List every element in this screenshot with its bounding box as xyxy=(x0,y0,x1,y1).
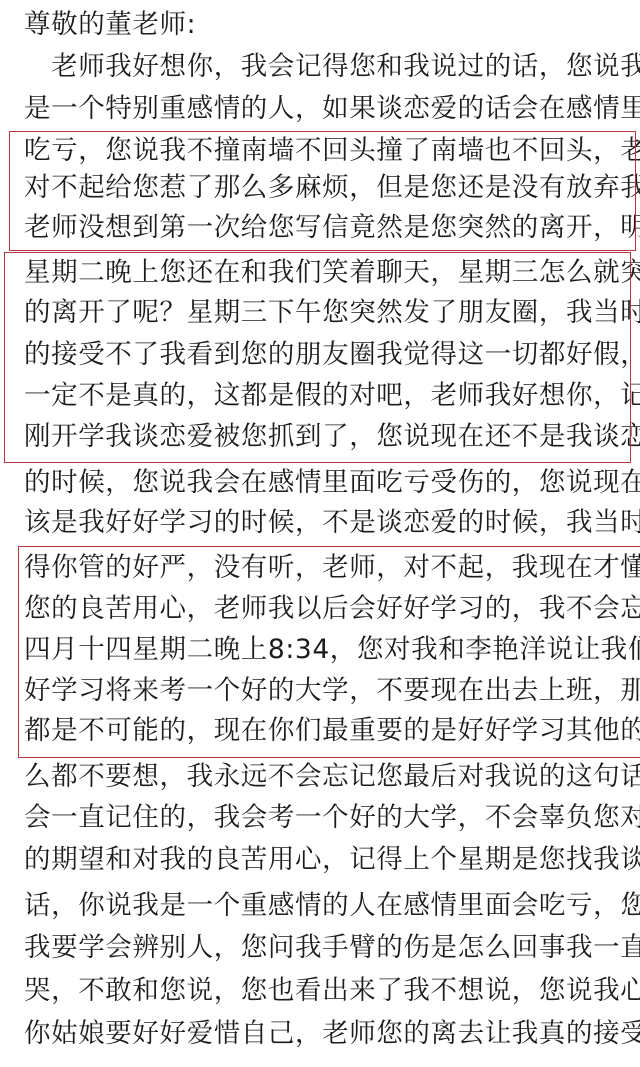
letter-line: 是一个特别重感情的人，如果谈恋爱的话会在感情里面 xyxy=(24,94,640,124)
letter-line: 我要学会辨别人，您问我手臂的伤是怎么回事我一直在 xyxy=(24,933,640,963)
highlight-box-1 xyxy=(9,131,636,251)
letter-line: 你姑娘要好好爱惜自己，老师您的离去让我真的接受不 xyxy=(24,1019,640,1049)
letter-line: 话，你说我是一个重感情的人在感情里面会吃亏，您让 xyxy=(24,891,640,921)
letter-line: 的时候，您说我会在感情里面吃亏受伤的，您说现在应 xyxy=(24,468,640,498)
salutation: 尊敬的董老师: xyxy=(24,10,196,40)
letter-line: 该是我好好学习的时候，不是谈恋爱的时候，我当时觉 xyxy=(24,508,640,538)
highlight-box-3 xyxy=(18,546,640,758)
letter-line: 的期望和对我的良苦用心，记得上个星期是您找我谈 xyxy=(24,845,640,875)
letter-line: 老师我好想你，我会记得您和我说过的话，您说我 xyxy=(24,52,640,82)
highlight-box-2 xyxy=(4,252,631,463)
letter-line: 会一直记住的，我会考一个好的大学，不会辜负您对我 xyxy=(24,803,640,833)
letter-line: 哭，不敢和您说，您也看出来了我不想说，您说我心疼 xyxy=(24,976,640,1006)
letter-line: 么都不要想，我永远不会忘记您最后对我说的这句话我 xyxy=(24,762,640,792)
